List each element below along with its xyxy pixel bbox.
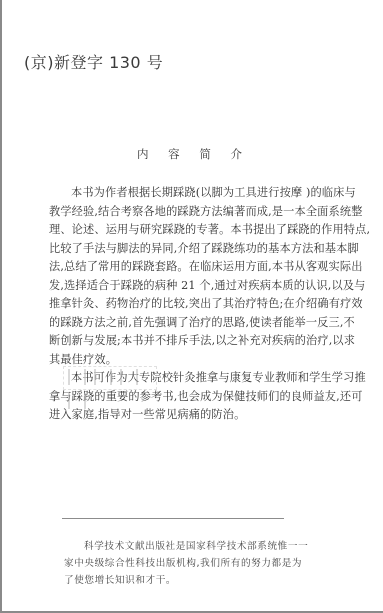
section-title: 内 容 简 介 [2, 146, 383, 162]
paragraph-1-line: 教学经验,结合考察各地的踩跷方法编著而成,是一本全面系统整 [49, 203, 349, 222]
book-page: (京)新登字 130 号 内 容 简 介 本书为作者根据长期踩跷(以脚为工具进行… [0, 0, 383, 613]
paragraph-1-line: 理、论述、运用与研究踩跷的专著。本书提出了踩跷的作用特点, [49, 221, 349, 240]
paragraph-1-line: 比较了手法与脚法的异同,介绍了踩跷练功的基本方法和基本脚 [49, 240, 349, 259]
paragraph-1-line: 断创新与发展;本书并不排斥手法,以之补充对疾病的治疗,以求 [49, 332, 349, 351]
publisher-statement: 科学技术文献出版社是国家科学技术部系统惟一一 家中央级综合性科技出版机构,我们所… [64, 538, 324, 589]
paragraph-2-line: 拿与踩跷的重要的参考书,也会成为保健技师们的良师益友,还可 [49, 388, 349, 407]
publisher-statement-line: 了使您增长知识和才干。 [64, 572, 324, 589]
paragraph-1-line: 本书为作者根据长期踩跷(以脚为工具进行按摩 )的临床与 [49, 184, 349, 203]
publisher-statement-line: 科学技术文献出版社是国家科学技术部系统惟一一 [64, 538, 324, 555]
paragraph-1-line: 的踩跷方法之前,首先强调了治疗的思路,使读者能举一反三,不 [49, 314, 349, 333]
paragraph-1-line: 发,选择适合于踩跷的病种 21 个,通过对疾病本质的认识,以及与 [49, 277, 349, 296]
paragraph-2-line: 本书可作为大专院校针灸推拿与康复专业教师和学生学习推 [49, 369, 349, 388]
registration-number: (京)新登字 130 号 [24, 50, 163, 73]
paragraph-1-line: 法,总结了常用的踩跷套路。在临床运用方面,本书从客观实际出 [49, 258, 349, 277]
paragraph-1-line: 其最佳疗效。 [49, 351, 349, 370]
publisher-statement-line: 家中央级综合性科技出版机构,我们所有的努力都是为 [64, 555, 324, 572]
paragraph-1-line: 推拿针灸、药物治疗的比较,突出了其治疗特色;在介绍确有疗效 [49, 295, 349, 314]
footer-divider [62, 518, 284, 519]
paragraph-2-line: 进入家庭,指导对一些常见病痛的防治。 [49, 406, 349, 425]
summary-body: 本书为作者根据长期踩跷(以脚为工具进行按摩 )的临床与 教学经验,结合考察各地的… [49, 184, 349, 425]
